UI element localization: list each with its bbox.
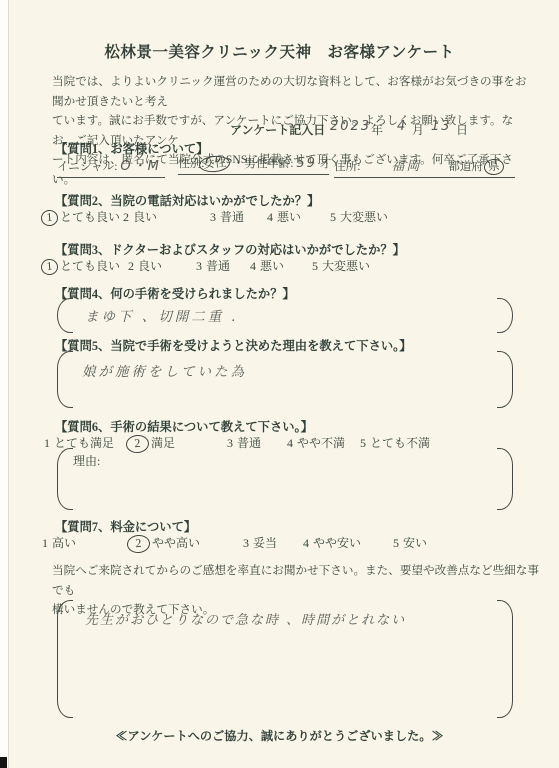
initial-label: イニシャル:	[57, 160, 118, 173]
handwritten-age: 59	[296, 156, 317, 171]
handwritten-year: 2023	[330, 119, 371, 134]
q4-answer-box: まゆ下 、切開二重 .	[57, 298, 513, 333]
question-2-heading: 【質問2、当院の電話対応はいかがでしたか？】	[55, 191, 319, 209]
handwritten-circle-gender: 女性	[199, 155, 231, 174]
question-6-heading: 【質問6、手術の結果について教えて下さい。】	[55, 417, 313, 435]
gender-field: 性別:女性・男性	[178, 155, 267, 175]
age-label: 年齢:	[267, 157, 293, 170]
gender-separator: ・	[233, 157, 245, 170]
handwritten-initial: O・M	[120, 159, 160, 174]
left-bracket	[57, 298, 73, 333]
address-field: 住所: 福岡 都道府県	[334, 155, 515, 178]
q2-option-3: 3普通	[210, 208, 244, 225]
q6-option-1-number: 1	[44, 436, 50, 451]
q3-option-4-number: 4	[250, 259, 256, 274]
year-suffix: 年	[371, 121, 383, 138]
handwritten-circle-q7: 2	[126, 534, 150, 554]
page-title: 松林景一美容クリニック天神 お客様アンケート	[0, 40, 559, 62]
q2-option-1: 1とても良い	[46, 208, 120, 225]
q7-option-3: 3妥当	[243, 534, 277, 551]
q3-option-2-label: 良い	[138, 259, 162, 273]
q6-reason-label: 理由:	[73, 452, 100, 469]
q7-option-1-number: 1	[42, 536, 48, 551]
feedback-answer-box: 先生がおひとりなので急な時 、時間がとれない	[57, 600, 513, 718]
q3-option-2: 2良い	[128, 257, 162, 274]
q3-option-5: 5大変悪い	[312, 257, 370, 274]
footer-thanks: ≪アンケートへのご協力、誠にありがとうございました。≫	[0, 727, 559, 744]
q7-option-5-label: 安い	[403, 536, 427, 550]
question-2-options: 1とても良い 2良い 3普通 4悪い 5大変悪い	[0, 208, 559, 228]
right-bracket	[497, 448, 513, 510]
handwritten-circle-q3: 1	[40, 258, 58, 275]
q2-option-3-number: 3	[210, 210, 216, 225]
q2-option-3-label: 普通	[220, 210, 244, 224]
scanned-survey-sheet: 松林景一美容クリニック天神 お客様アンケート 当院では、よりよいクリニック運営の…	[0, 0, 559, 768]
question-7-heading: 【質問7、料金について】	[55, 517, 196, 535]
q2-option-2-number: 2	[123, 210, 129, 225]
q2-option-5: 5大変悪い	[330, 208, 388, 225]
q2-option-5-label: 大変悪い	[340, 210, 388, 224]
q6-reason-box: 理由:	[57, 448, 513, 510]
q3-option-3-number: 3	[196, 259, 202, 274]
q3-option-4-label: 悪い	[260, 259, 284, 273]
q2-option-2-label: 良い	[133, 210, 157, 224]
q2-option-5-number: 5	[330, 210, 336, 225]
q7-option-1-label: 高い	[52, 536, 76, 550]
handwritten-feedback-answer: 先生がおひとりなので急な時 、時間がとれない	[85, 609, 406, 628]
q2-option-4: 4悪い	[267, 208, 301, 225]
month-suffix: 月	[412, 121, 424, 138]
right-bracket	[497, 600, 513, 718]
q3-option-1-label: とても良い	[60, 259, 120, 273]
q7-option-2: 2やや高い	[134, 534, 200, 551]
left-bracket	[57, 448, 73, 510]
question-7-options: 1高い 2やや高い 3妥当 4やや安い 5安い	[0, 534, 559, 554]
q7-option-1: 1高い	[42, 534, 76, 551]
q2-option-4-number: 4	[267, 210, 273, 225]
age-suffix: 才	[320, 157, 332, 170]
q7-option-3-label: 妥当	[253, 536, 277, 550]
feedback-prompt-line-1: 当院へご来院されてからのご感想を率直にお聞かせ下さい。また、要望や改善点など些細…	[52, 561, 542, 600]
q3-option-4: 4悪い	[250, 257, 284, 274]
day-suffix: 日	[456, 121, 468, 138]
handwritten-address: 福岡	[391, 159, 421, 174]
q3-option-5-label: 大変悪い	[322, 259, 370, 273]
q7-option-4-label: やや安い	[313, 536, 361, 550]
q2-option-4-label: 悪い	[277, 210, 301, 224]
q3-option-1: 1とても良い	[46, 257, 120, 274]
address-label: 住所:	[334, 160, 360, 173]
survey-date-row: アンケート記入日 2023 年 4 月 13 日	[0, 121, 559, 141]
q7-option-5-number: 5	[393, 536, 399, 551]
handwritten-month: 4	[397, 119, 407, 134]
q2-option-2: 2良い	[123, 208, 157, 225]
handwritten-q5-answer: 娘が施術をしていた為	[82, 360, 247, 380]
left-bracket	[57, 351, 73, 408]
q7-option-3-number: 3	[243, 536, 249, 551]
question-3-options: 1とても良い 2良い 3普通 4悪い 5大変悪い	[0, 257, 559, 277]
q5-answer-box: 娘が施術をしていた為	[57, 351, 513, 408]
question-1-fields: イニシャル: O・M 性別:女性・男性 年齢: 59 才 住所: 福岡 都道府県	[0, 155, 559, 175]
age-field: 年齢: 59 才	[267, 155, 329, 175]
right-bracket	[497, 298, 513, 333]
survey-date-label: アンケート記入日	[230, 121, 325, 138]
handwritten-circle-q2: 1	[40, 209, 58, 226]
q7-option-2-label: やや高い	[152, 536, 200, 550]
question-3-heading: 【質問3、ドクターおよびスタッフの対応はいかがでしたか？】	[55, 240, 405, 258]
scan-corner-artifact	[0, 757, 7, 768]
handwritten-day: 13	[431, 119, 452, 134]
scan-edge-artifact	[0, 0, 9, 768]
intro-line-1: 当院では、よりよいクリニック運営のための大切な資料として、お客様がお気づきの事を…	[52, 72, 530, 111]
address-suffix: 都道府	[448, 160, 483, 173]
handwritten-q4-answer: まゆ下 、切開二重 .	[85, 305, 239, 325]
q7-option-4-number: 4	[303, 536, 309, 551]
q3-option-3-label: 普通	[206, 259, 230, 273]
q7-option-5: 5安い	[393, 534, 427, 551]
q3-option-3: 3普通	[196, 257, 230, 274]
initial-field: イニシャル: O・M	[57, 155, 165, 178]
q3-option-2-number: 2	[128, 259, 134, 274]
right-bracket	[497, 351, 513, 408]
handwritten-circle-prefecture: 県	[483, 158, 504, 176]
gender-option-male: 男性	[244, 157, 267, 170]
q7-option-4: 4やや安い	[303, 534, 361, 551]
q3-option-5-number: 5	[312, 259, 318, 274]
q2-option-1-label: とても良い	[60, 210, 120, 224]
left-bracket	[57, 600, 73, 718]
